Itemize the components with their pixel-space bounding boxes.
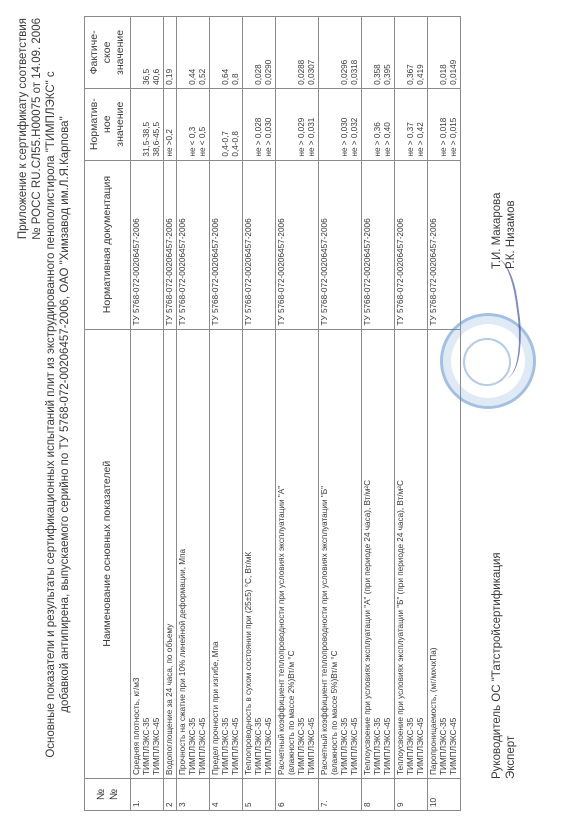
row-name: Предел прочности при изгибе, МпаТИМПЛЭКС… (210, 329, 243, 778)
table-row: 4Предел прочности при изгибе, МпаТИМПЛЭК… (210, 17, 243, 811)
column-header-doc: Нормативная документация (85, 160, 131, 329)
footer-roles: Руководитель ОС "Татстройсертификация Эк… (490, 552, 518, 779)
row-doc: ТУ 5768-072-00206457-2006 (319, 160, 362, 329)
row-number: 9 (395, 778, 428, 810)
row-name-line: ТИМПЛЭКС-35 (373, 333, 383, 775)
role-head: Руководитель ОС "Татстройсертификация (490, 552, 504, 779)
row-norm: не > 0,018не > 0,015 (428, 88, 461, 160)
norm-value (211, 92, 221, 157)
row-norm: не > 0,030не > 0,032 (319, 88, 362, 160)
row-fact: 0,640,8 (210, 17, 243, 89)
row-name-line: Теплоусвоение при условиях эксплуатации … (363, 333, 373, 775)
row-fact: 0,3670,419 (395, 17, 428, 89)
row-fact: 0,0280,0290 (243, 17, 276, 89)
actual-value: 0,0288 (297, 20, 307, 85)
row-fact: 0,440,52 (177, 17, 210, 89)
document-title: Основные показатели и результаты сертифи… (44, 0, 72, 829)
actual-value: 0,0290 (264, 20, 274, 85)
table-row: 10Паропроницаемость, (мг/мхчхПа)ТИМПЛЭКС… (428, 17, 461, 811)
norm-value: не > 0,029 (297, 92, 307, 157)
norm-value: 31,5-38,5 (142, 92, 152, 157)
norm-value: не > 0,031 (307, 92, 317, 157)
norm-value (320, 92, 330, 157)
table-row: 1.Средняя плотность, кг/м3ТИМПЛЭКС-35ТИМ… (131, 17, 164, 811)
norm-value (132, 92, 142, 157)
row-name: Средняя плотность, кг/м3ТИМПЛЭКС-35ТИМПЛ… (131, 329, 164, 778)
appendix-header: Приложение к сертификату соответствия № … (16, 18, 44, 240)
row-fact: 0,02960,0318 (319, 17, 362, 89)
norm-value: не > 0,37 (406, 92, 416, 157)
norm-value (429, 92, 439, 157)
norm-value: не > 0,42 (416, 92, 426, 157)
actual-value (277, 20, 287, 85)
norm-value: не < 0,5 (198, 92, 208, 157)
row-number: 5 (243, 778, 276, 810)
name-expert: Р.К. Низамов (504, 192, 518, 269)
norm-value (178, 92, 188, 157)
row-doc: ТУ 5768-072-00206457-2006 (243, 160, 276, 329)
row-name-line: Расчетный коэффициент теплопроводности п… (277, 333, 287, 775)
document-page: Приложение к сертификату соответствия № … (0, 0, 561, 829)
row-number: 6 (276, 778, 319, 810)
row-name-line: ТИМПЛЭКС-35 (406, 333, 416, 775)
actual-value: 0,64 (221, 20, 231, 85)
norm-value (330, 92, 340, 157)
norm-value: 0,4-0,7 (221, 92, 231, 157)
row-name-line: ТИМПЛЭКС-45 (264, 333, 274, 775)
row-name: Теплопроводность в сухом состоянии при (… (243, 329, 276, 778)
row-doc: ТУ 5768-072-00206457-2006 (362, 160, 395, 329)
column-header-norm: Норматив-ное значение (85, 88, 131, 160)
actual-value: 0,367 (406, 20, 416, 85)
role-expert: Эксперт (504, 552, 518, 779)
row-number: 2 (164, 778, 177, 810)
row-name-line: ТИМПЛЭКС-35 (297, 333, 307, 775)
row-name: Теплоусвоение при условиях эксплуатации … (362, 329, 395, 778)
results-table: № № Наименование основных показателей Но… (84, 16, 461, 811)
row-name-line: Предел прочности при изгибе, Мпа (211, 333, 221, 775)
norm-value: не > 0,032 (350, 92, 360, 157)
title-line-2: добавкой антипирена, выпускаемого серийн… (58, 0, 72, 829)
norm-value: 38,6-45,5 (152, 92, 162, 157)
row-name: Расчетный коэффициент теплопроводности п… (319, 329, 362, 778)
row-norm: не > 0,37не > 0,42 (395, 88, 428, 160)
norm-value (277, 92, 287, 157)
row-name-line: ТИМПЛЭКС-45 (307, 333, 317, 775)
actual-value: 0,0307 (307, 20, 317, 85)
norm-value (244, 92, 254, 157)
row-norm: не > 0,36не > 0,40 (362, 88, 395, 160)
row-fact: 0,19 (164, 17, 177, 89)
row-name-line: Паропроницаемость, (мг/мхчхПа) (429, 333, 439, 775)
row-name: Водопоглощение за 24 часа, по объему (164, 329, 177, 778)
row-name-line: (влажность по массе 5%)Вт/м °С (330, 333, 340, 775)
actual-value: 36,5 (142, 20, 152, 85)
row-name-line: ТИМПЛЭКС-35 (254, 333, 264, 775)
actual-value: 0,0296 (340, 20, 350, 85)
row-doc: ТУ 5768-072-00206457-2006 (395, 160, 428, 329)
row-fact: 0,02880,0307 (276, 17, 319, 89)
row-norm: не >0,2 (164, 88, 177, 160)
table-row: 7.Расчетный коэффициент теплопроводности… (319, 17, 362, 811)
row-doc: ТУ 5768-072-00206457-2006 (164, 160, 177, 329)
actual-value (320, 20, 330, 85)
norm-value (363, 92, 373, 157)
row-name-line: ТИМПЛЭКС-45 (350, 333, 360, 775)
actual-value: 0,0318 (350, 20, 360, 85)
actual-value: 0,0149 (449, 20, 459, 85)
row-name-line: ТИМПЛЭКС-45 (449, 333, 459, 775)
row-name-line: Теплоусвоение при условиях эксплуатации … (396, 333, 406, 775)
row-doc: ТУ 5768-072-00206457-2006 (428, 160, 461, 329)
row-fact: 0,0180,0149 (428, 17, 461, 89)
actual-value (178, 20, 188, 85)
certificate-number: № РОСС RU.СЛ55.Н00075 от 14.09. 2006 (30, 18, 44, 240)
row-name-line: ТИМПЛЭКС-35 (439, 333, 449, 775)
table-row: 2Водопоглощение за 24 часа, по объемуТУ … (164, 17, 177, 811)
row-name-line: ТИМПЛЭКС-45 (416, 333, 426, 775)
appendix-line-1: Приложение к сертификату соответствия (16, 18, 30, 240)
row-norm: 0,4-0,70,4-0,8 (210, 88, 243, 160)
actual-value: 0,018 (439, 20, 449, 85)
column-header-name: Наименование основных показателей (85, 329, 131, 778)
norm-value: не > 0,028 (254, 92, 264, 157)
actual-value: 0,358 (373, 20, 383, 85)
row-norm: не > 0,029не > 0,031 (276, 88, 319, 160)
row-fact: 36,540,6 (131, 17, 164, 89)
norm-value: не > 0,030 (340, 92, 350, 157)
row-name-line: ТИМПЛЭКС-35 (188, 333, 198, 775)
name-head: Т.И. Макарова (490, 192, 504, 269)
row-name: Теплоусвоение при условиях эксплуатации … (395, 329, 428, 778)
actual-value: 0,52 (198, 20, 208, 85)
row-number: 4 (210, 778, 243, 810)
actual-value (211, 20, 221, 85)
row-name: Расчетный коэффициент теплопроводности п… (276, 329, 319, 778)
actual-value: 40,6 (152, 20, 162, 85)
actual-value: 0,395 (383, 20, 393, 85)
norm-value (287, 92, 297, 157)
norm-value: не > 0,018 (439, 92, 449, 157)
row-fact: 0,3580,395 (362, 17, 395, 89)
actual-value (244, 20, 254, 85)
actual-value (330, 20, 340, 85)
row-name-line: Водопоглощение за 24 часа, по объему (165, 333, 175, 775)
column-header-actual: Фактиче-ское значение (85, 17, 131, 89)
row-name-line: ТИМПЛЭКС-35 (221, 333, 231, 775)
row-name-line: ТИМПЛЭКС-35 (340, 333, 350, 775)
norm-value: не > 0,40 (383, 92, 393, 157)
row-name-line: ТИМПЛЭКС-45 (231, 333, 241, 775)
actual-value (287, 20, 297, 85)
norm-value: не > 0,36 (373, 92, 383, 157)
row-name-line: (влажность по массе 2%)Вт/м °С (287, 333, 297, 775)
actual-value (396, 20, 406, 85)
row-name-line: Средняя плотность, кг/м3 (132, 333, 142, 775)
row-name-line: ТИМПЛЭКС-45 (198, 333, 208, 775)
row-norm: не > 0,028не > 0,030 (243, 88, 276, 160)
row-doc: ТУ 5768-072-00206457-2006 (210, 160, 243, 329)
row-number: 7. (319, 778, 362, 810)
norm-value: не > 0,015 (449, 92, 459, 157)
table-row: 9Теплоусвоение при условиях эксплуатации… (395, 17, 428, 811)
actual-value: 0,028 (254, 20, 264, 85)
table-header-row: № № Наименование основных показателей Но… (85, 17, 131, 811)
actual-value: 0,44 (188, 20, 198, 85)
row-norm: 31,5-38,538,6-45,5 (131, 88, 164, 160)
table-row: 5Теплопроводность в сухом состоянии при … (243, 17, 276, 811)
actual-value: 0,19 (165, 20, 175, 85)
row-name-line: Расчетный коэффициент теплопроводности п… (320, 333, 330, 775)
row-number: 1. (131, 778, 164, 810)
row-norm: не < 0,3не < 0,5 (177, 88, 210, 160)
table-row: 6Расчетный коэффициент теплопроводности … (276, 17, 319, 811)
row-name-line: Прочность на сжатие при 10% линейной деф… (178, 333, 188, 775)
row-name-line: ТИМПЛЭКС-45 (383, 333, 393, 775)
row-number: 10 (428, 778, 461, 810)
row-doc: ТУ 5768-072-00206457-2006 (131, 160, 164, 329)
row-doc: ТУ 5768-072-00206457-2006 (276, 160, 319, 329)
actual-value (429, 20, 439, 85)
title-line-1: Основные показатели и результаты сертифи… (44, 0, 58, 829)
column-header-number: № № (85, 778, 131, 810)
actual-value: 0,8 (231, 20, 241, 85)
row-name-line: ТИМПЛЭКС-45 (152, 333, 162, 775)
actual-value (363, 20, 373, 85)
row-number: 3 (177, 778, 210, 810)
row-name-line: Теплопроводность в сухом состоянии при (… (244, 333, 254, 775)
footer-names: Т.И. Макарова Р.К. Низамов (490, 192, 518, 269)
row-name: Прочность на сжатие при 10% линейной деф… (177, 329, 210, 778)
norm-value: не > 0,030 (264, 92, 274, 157)
row-number: 8 (362, 778, 395, 810)
table-row: 3Прочность на сжатие при 10% линейной де… (177, 17, 210, 811)
row-doc: ТУ 5768-072-00206457-2006 (177, 160, 210, 329)
actual-value (132, 20, 142, 85)
norm-value: 0,4-0,8 (231, 92, 241, 157)
norm-value (396, 92, 406, 157)
table-row: 8Теплоусвоение при условиях эксплуатации… (362, 17, 395, 811)
norm-value: не >0,2 (165, 92, 175, 157)
row-name-line: ТИМПЛЭКС-35 (142, 333, 152, 775)
actual-value: 0,419 (416, 20, 426, 85)
norm-value: не < 0,3 (188, 92, 198, 157)
